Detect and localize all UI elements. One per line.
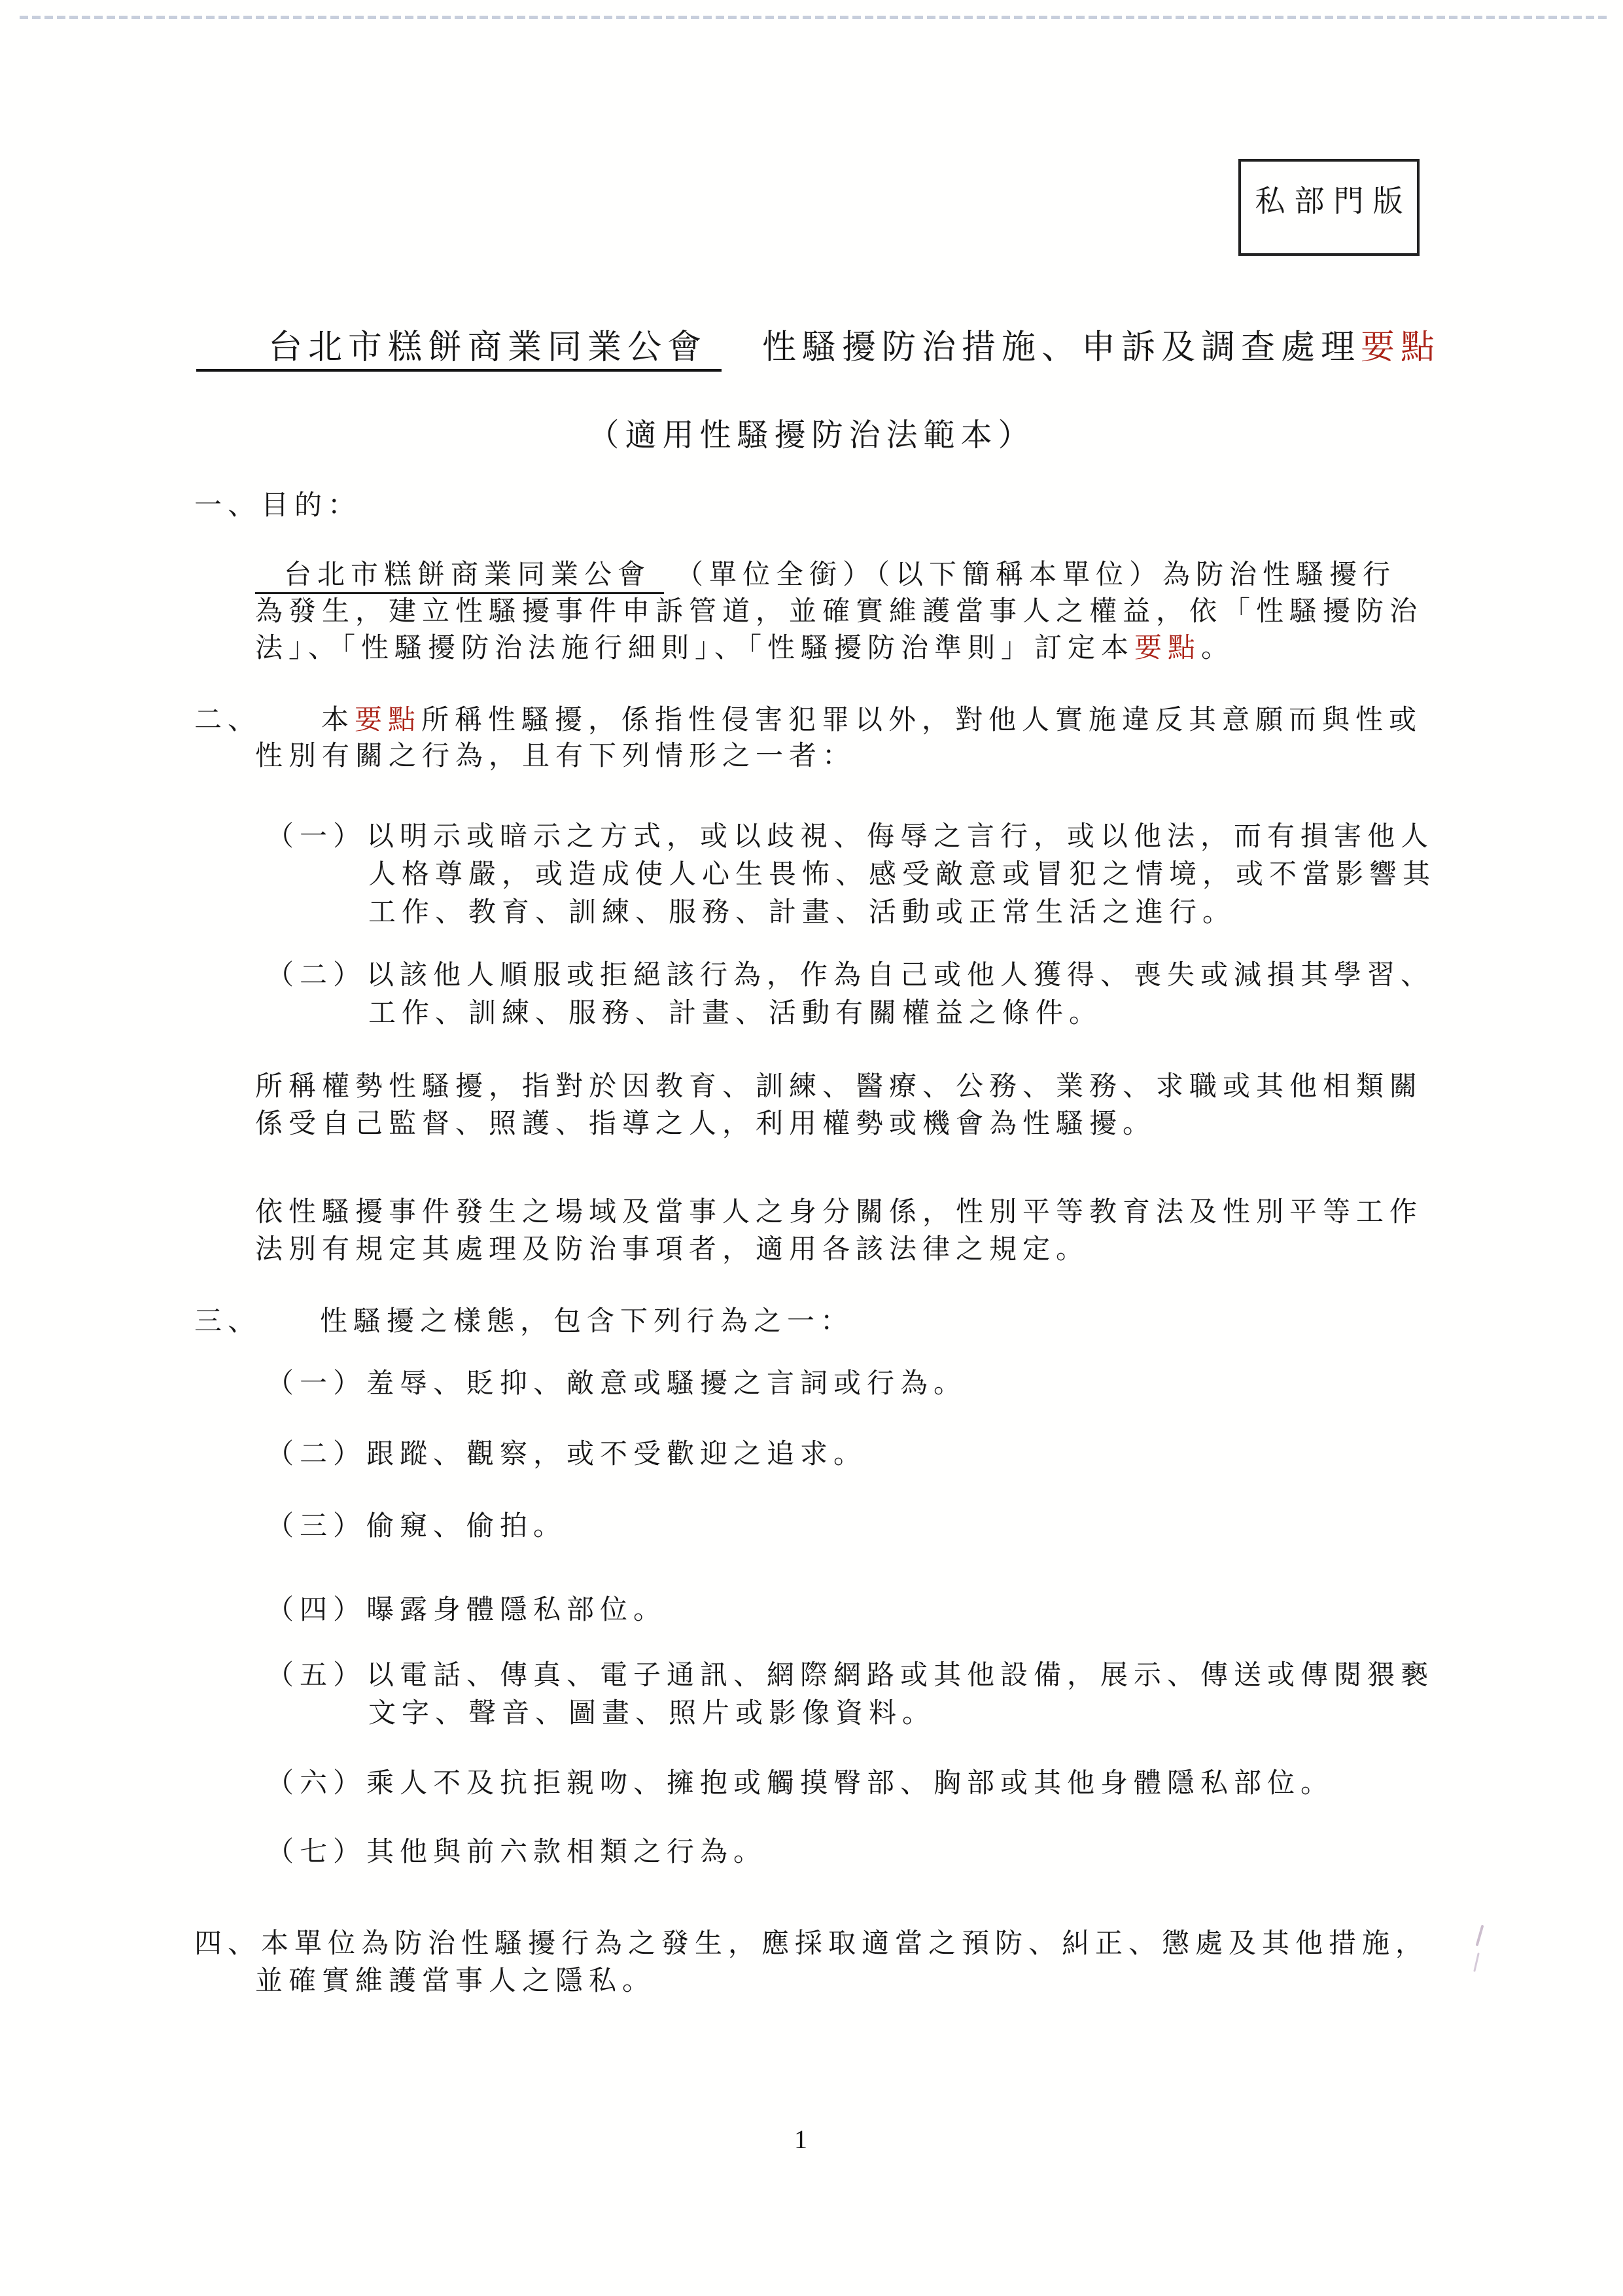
text-line: 工作、教育、訓練、服務、計畫、活動或正常生活之進行。: [368, 899, 1236, 927]
text-line: 文字、聲音、圖畫、照片或影像資料。: [368, 1700, 935, 1727]
text-line: 依性騷擾事件發生之場域及當事人之身分關係，性別平等教育法及性別平等工作: [255, 1199, 1423, 1226]
text-run: 工作、教育、訓練、服務、計畫、活動或正常生活之進行。: [368, 898, 1236, 928]
text-run: （二）以該他人順服或拒絕該行為，作為自己或他人獲得、喪失或減損其學習、: [266, 961, 1434, 991]
text-run: 本: [321, 705, 355, 735]
text-line: 為發生，建立性騷擾事件申訴管道，並確實維護當事人之權益，依「性騷擾防治: [255, 598, 1423, 626]
text-line: （七）其他與前六款相類之行為。: [266, 1839, 767, 1866]
text-run: （七）其他與前六款相類之行為。: [266, 1837, 767, 1867]
document-subtitle: （適用性騷擾防治法範本）: [587, 420, 1035, 451]
text-line: （二）以該他人順服或拒絕該行為，作為自己或他人獲得、喪失或減損其學習、: [266, 962, 1434, 989]
text-run: 法」、「性騷擾防治法施行細則」、「性騷擾防治準則」訂定本: [255, 633, 1134, 663]
text-run: 並確實維護當事人之隱私。: [255, 1966, 655, 1996]
text-run: 性騷擾之樣態，包含下列行為之一：: [320, 1307, 854, 1337]
version-label: 私部門版: [1246, 177, 1412, 253]
text-run: 法別有規定其處理及防治事項者，適用各該法律之規定。: [255, 1235, 1089, 1265]
text-run: 文字、聲音、圖畫、照片或影像資料。: [368, 1699, 935, 1729]
red-keyword-run: 要點: [1134, 633, 1201, 663]
text-line: 法別有規定其處理及防治事項者，適用各該法律之規定。: [255, 1236, 1089, 1263]
text-run: （六）乘人不及抗拒親吻、擁抱或觸摸臀部、胸部或其他身體隱私部位。: [266, 1769, 1334, 1799]
text-line: 係受自己監督、照護、指導之人，利用權勢或機會為性騷擾。: [255, 1110, 1156, 1138]
text-run: 所稱性騷擾，係指性侵害犯罪以外，對他人實施違反其意願而與性或: [421, 705, 1422, 735]
text-line: 三、性騷擾之樣態，包含下列行為之一：: [194, 1308, 854, 1335]
text-run: 依性騷擾事件發生之場域及當事人之身分關係，性別平等教育法及性別平等工作: [255, 1197, 1423, 1227]
text-line: 台北市糕餅商業同業公會（單位全銜）（以下簡稱本單位）為防治性騷擾行: [255, 561, 1396, 594]
text-run: （二）跟蹤、觀察，或不受歡迎之追求。: [266, 1439, 867, 1470]
text-run: （五）以電話、傳真、電子通訊、網際網路或其他設備，展示、傳送或傳閱猥褻: [266, 1661, 1434, 1691]
text-line: （一）羞辱、貶抑、敵意或騷擾之言詞或行為。: [266, 1370, 967, 1398]
text-line: 一、目的：: [194, 492, 361, 520]
text-run: 為發生，建立性騷擾事件申訴管道，並確實維護當事人之權益，依「性騷擾防治: [255, 597, 1423, 627]
pencil-mark-artifact: [1463, 1925, 1489, 1973]
text-line: （四）曝露身體隱私部位。: [266, 1597, 667, 1624]
text-run: （一）羞辱、貶抑、敵意或騷擾之言詞或行為。: [266, 1369, 967, 1399]
page-number: 1: [794, 2127, 807, 2153]
text-line: （六）乘人不及抗拒親吻、擁抱或觸摸臀部、胸部或其他身體隱私部位。: [266, 1770, 1334, 1797]
text-run: 工作、訓練、服務、計畫、活動有關權益之條件。: [368, 998, 1102, 1029]
text-line: （五）以電話、傳真、電子通訊、網際網路或其他設備，展示、傳送或傳閱猥褻: [266, 1662, 1434, 1689]
scanned-document-page: 私部門版 台北市糕餅商業同業公會性騷擾防治措施、申訴及調查處理要點 （適用性騷擾…: [0, 0, 1623, 2296]
text-run: 。: [1201, 633, 1234, 663]
text-run: （四）曝露身體隱私部位。: [266, 1595, 667, 1625]
text-line: 法」、「性騷擾防治法施行細則」、「性騷擾防治準則」訂定本要點。: [255, 635, 1234, 662]
text-run: 性別有關之行為，且有下列情形之一者：: [255, 741, 856, 771]
text-run: 所稱權勢性騷擾，指對於因教育、訓練、醫療、公務、業務、求職或其他相類關: [255, 1072, 1423, 1102]
text-run: 三、: [194, 1307, 261, 1337]
text-line: （二）跟蹤、觀察，或不受歡迎之追求。: [266, 1441, 867, 1468]
scanner-artifact-line: [20, 16, 1609, 19]
text-run: （一）以明示或暗示之方式，或以歧視、侮辱之言行，或以他法，而有損害他人: [266, 822, 1434, 852]
version-box: 私部門版: [1238, 159, 1420, 256]
text-line: 四、本單位為防治性騷擾行為之發生，應採取適當之預防、糾正、懲處及其他措施，: [194, 1930, 1429, 1958]
title-organization-underlined: 台北市糕餅商業同業公會: [196, 331, 722, 372]
text-line: （一）以明示或暗示之方式，或以歧視、侮辱之言行，或以他法，而有損害他人: [266, 823, 1434, 851]
text-run: 一、目的：: [194, 491, 361, 521]
text-run: 二、: [194, 705, 261, 735]
document-title: 台北市糕餅商業同業公會性騷擾防治措施、申訴及調查處理要點: [196, 331, 1440, 372]
title-keyword-red: 要點: [1361, 329, 1440, 366]
text-run: （三）偷窺、偷拍。: [266, 1511, 567, 1542]
red-keyword-run: 要點: [355, 705, 421, 735]
text-line: 性別有關之行為，且有下列情形之一者：: [255, 743, 856, 770]
text-run: 係受自己監督、照護、指導之人，利用權勢或機會為性騷擾。: [255, 1109, 1156, 1139]
text-line: 工作、訓練、服務、計畫、活動有關權益之條件。: [368, 1000, 1102, 1027]
text-run: （單位全銜）（以下簡稱本單位）為防治性騷擾行: [676, 560, 1396, 590]
text-line: （三）偷窺、偷拍。: [266, 1513, 567, 1540]
text-line: 二、本要點所稱性騷擾，係指性侵害犯罪以外，對他人實施違反其意願而與性或: [194, 707, 1422, 734]
text-line: 並確實維護當事人之隱私。: [255, 1968, 655, 1995]
title-main-text: 性騷擾防治措施、申訴及調查處理: [762, 329, 1361, 366]
underlined-run: 台北市糕餅商業同業公會: [255, 561, 664, 594]
text-line: 人格尊嚴，或造成使人心生畏怖、感受敵意或冒犯之情境，或不當影響其: [368, 861, 1436, 889]
text-line: 所稱權勢性騷擾，指對於因教育、訓練、醫療、公務、業務、求職或其他相類關: [255, 1073, 1423, 1101]
text-run: 人格尊嚴，或造成使人心生畏怖、感受敵意或冒犯之情境，或不當影響其: [368, 860, 1436, 890]
text-run: 四、本單位為防治性騷擾行為之發生，應採取適當之預防、糾正、懲處及其他措施，: [194, 1929, 1429, 1959]
